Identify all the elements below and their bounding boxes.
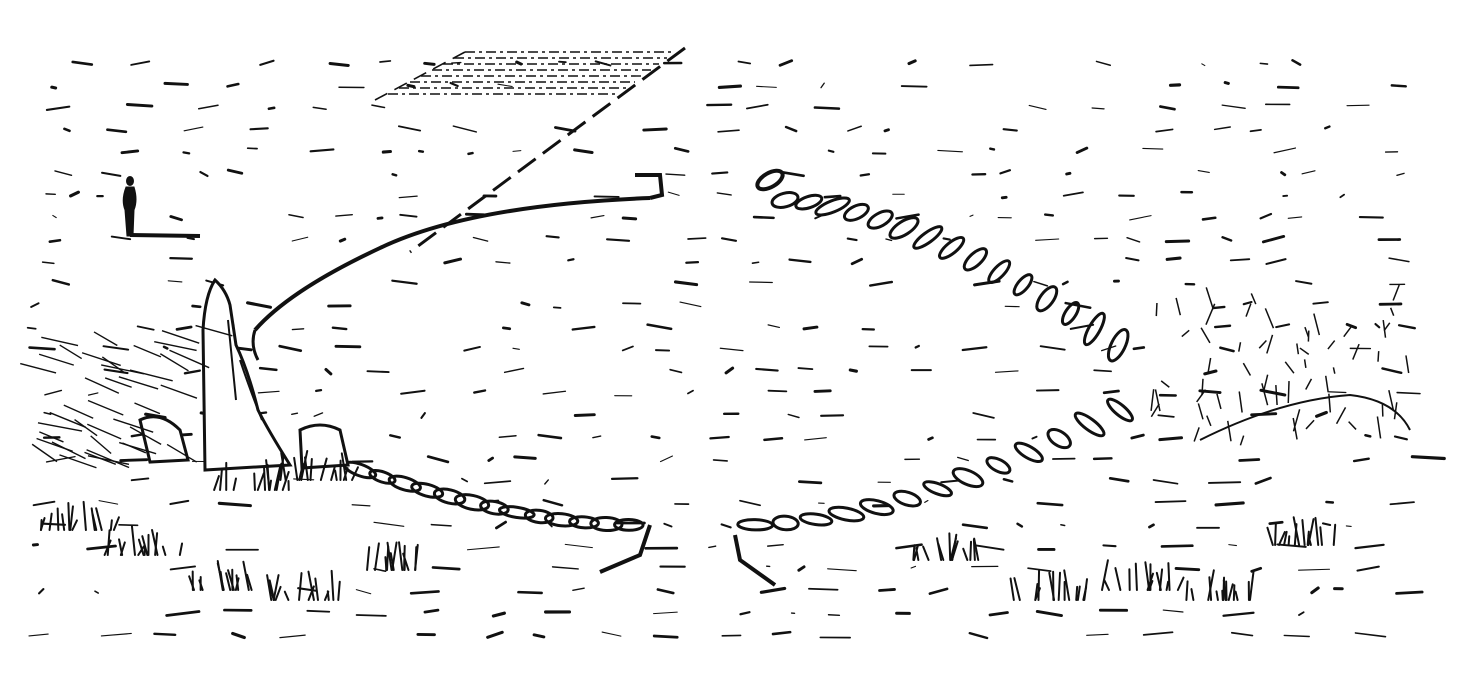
- engraving-illustration: [0, 0, 1468, 681]
- engraving-canvas: [0, 0, 1468, 681]
